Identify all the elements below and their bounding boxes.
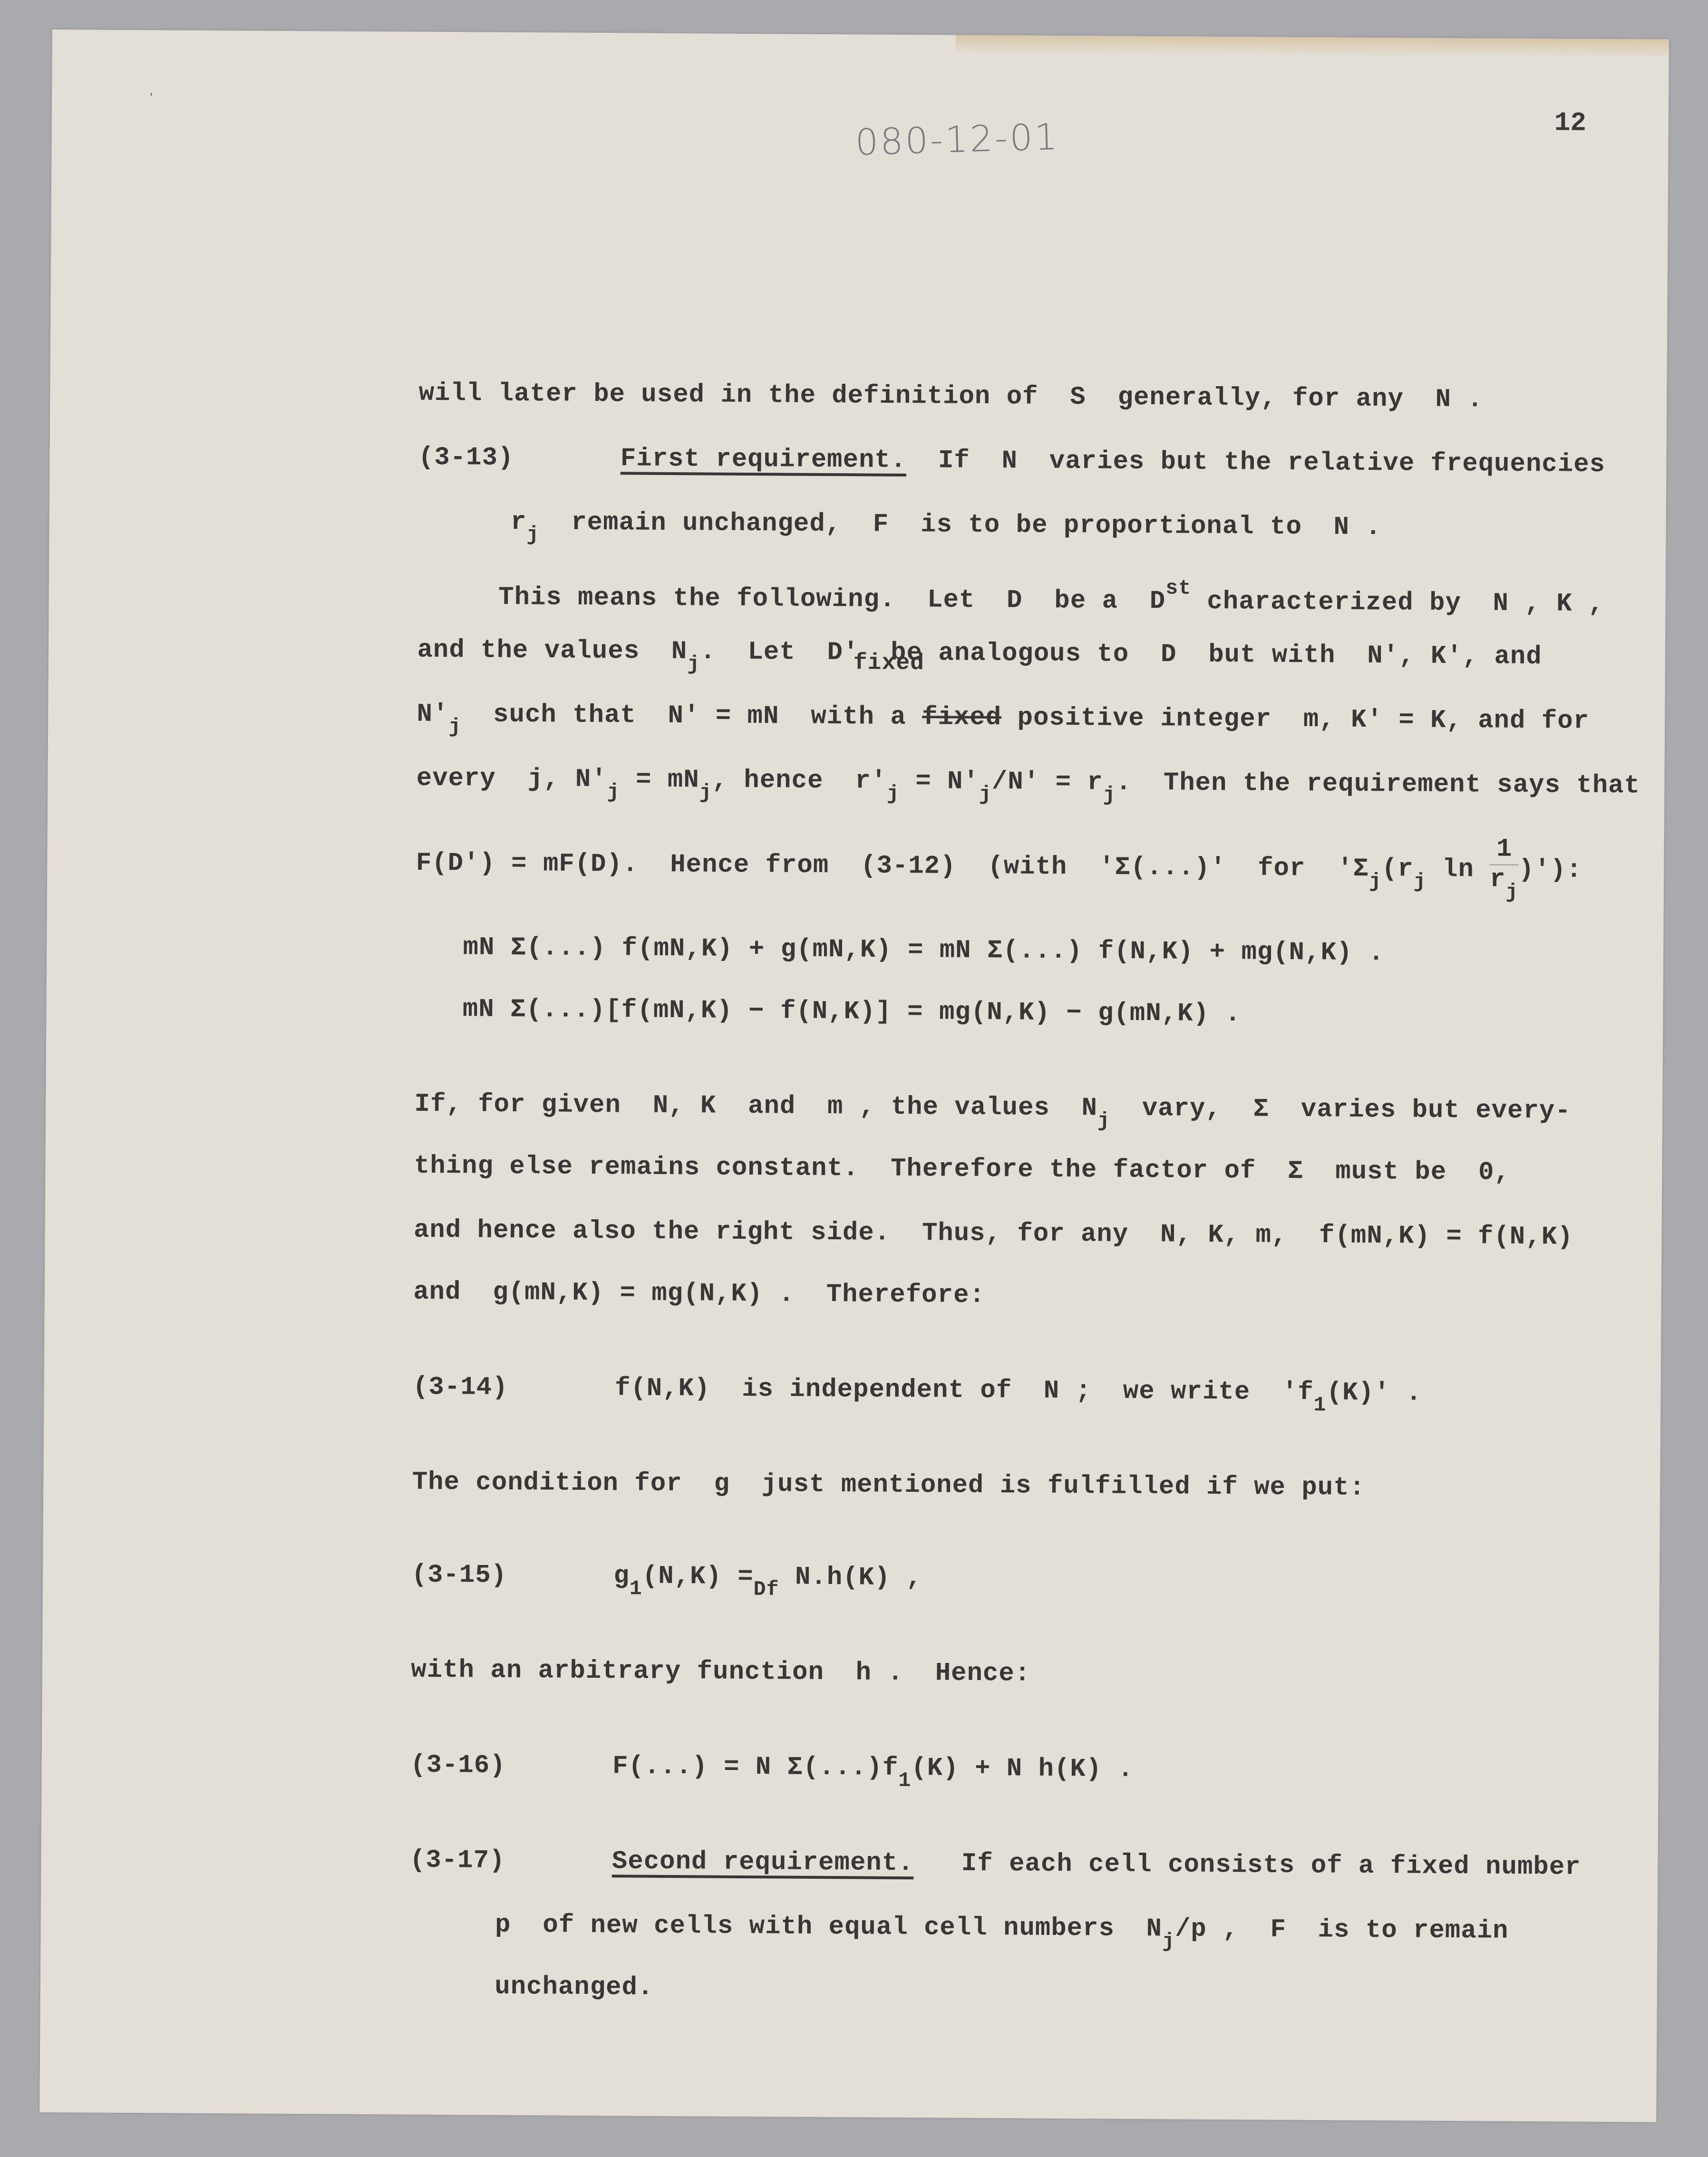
equation-line: mN Σ(...)[f(mN,K) − f(N,K)] = mg(N,K) − … [367, 971, 1241, 1053]
line-text: . Then the requirement says that [1116, 768, 1640, 801]
document-page: ʼ 080-12-01 12 will later be used in the… [39, 29, 1669, 2122]
subscript: j [687, 652, 700, 676]
line-text: will later be used in the definition of … [419, 379, 1483, 415]
line-text: (K)' . [1327, 1378, 1422, 1408]
line-text: and hence also the right side. Thus, for… [414, 1216, 1573, 1252]
equation-text: mN Σ(...) f(mN,K) + g(mN,K) = mN Σ(...) … [463, 933, 1384, 968]
text-line: unchanged. [399, 1948, 653, 2027]
statement-3-14: (3-14)f(N,K) is independent of N ; we wr… [317, 1348, 1422, 1441]
line-text: r [1490, 865, 1506, 894]
line-text: N.h(K) , [779, 1563, 922, 1593]
line-text: every j, N' [417, 764, 607, 794]
line-text: N' [417, 700, 448, 729]
subscript: j [1369, 870, 1382, 893]
line-text: positive integer m, K' = K, and for [1001, 703, 1589, 736]
archive-id: 080-12-01 [854, 115, 1060, 163]
subscript: j [699, 781, 712, 804]
fraction-denominator: rj [1490, 865, 1519, 903]
typewritten-body: will later be used in the definition of … [326, 31, 1610, 39]
subscript: j [1162, 1930, 1175, 1953]
subscript: 1 [898, 1769, 911, 1792]
line-text: vary, Σ varies but every- [1110, 1094, 1571, 1126]
line-text: g [613, 1562, 630, 1591]
text-line: The condition for g just mentioned is fu… [317, 1443, 1366, 1526]
line-text: = N' [900, 767, 979, 797]
line-text: The condition for g just mentioned is fu… [412, 1468, 1366, 1503]
line-text: characterized by N , K , [1191, 587, 1604, 619]
subscript: j [979, 783, 992, 806]
text-line: and g(mN,K) = mg(N,K) . Therefore: [318, 1253, 985, 1334]
line-text: (K) + N h(K) . [911, 1754, 1134, 1784]
subscript: j [1505, 880, 1518, 904]
page-number: 12 [1554, 107, 1587, 138]
subscript: j [448, 715, 461, 738]
line-text: This means the following. Let D be a D [498, 583, 1165, 616]
fraction: 1rj [1490, 837, 1519, 903]
section-heading: First requirement. [621, 444, 907, 475]
stray-pencil-mark: ʼ [147, 92, 155, 108]
line-text: ln [1426, 855, 1490, 884]
equation-number: (3-17) [410, 1848, 612, 1875]
superscript: st [1165, 576, 1191, 600]
line-text: . Let D' be analogous to D but with N', … [700, 637, 1542, 671]
line-text: and g(mN,K) = mg(N,K) . Therefore: [413, 1278, 985, 1310]
equation-number: (3-16) [410, 1753, 612, 1780]
line-text: , hence r' [712, 766, 887, 796]
subscript: j [526, 523, 539, 546]
subscript: Df [753, 1578, 779, 1601]
line-text: such that N' = mN with a [461, 700, 922, 732]
line-text: thing else remains constant. Therefore t… [414, 1152, 1510, 1187]
definition-3-15: (3-15)g1(N,K) =Df N.h(K) , [316, 1536, 922, 1626]
line-text: (N,K) = [642, 1562, 754, 1592]
subscript: 1 [1314, 1393, 1327, 1417]
line-text: )'): [1518, 855, 1582, 885]
equation-3-16: (3-16)F(...) = N Σ(...)f1(K) + N h(K) . [315, 1726, 1134, 1817]
subscript: j [1413, 870, 1426, 894]
section-heading: Second requirement. [612, 1847, 914, 1878]
fraction-numerator: 1 [1490, 837, 1519, 865]
line-text: F(...) = N Σ(...)f [612, 1752, 899, 1783]
equation-text: mN Σ(...)[f(mN,K) − f(N,K)] = mg(N,K) − … [463, 995, 1241, 1029]
text-line: with an arbitrary function h . Hence: [315, 1631, 1030, 1712]
line-text: p of new cells with equal cell numbers N [495, 1911, 1162, 1944]
line-text: with an arbitrary function h . Hence: [411, 1656, 1030, 1689]
equation-number: (3-15) [411, 1563, 613, 1590]
subscript: j [887, 782, 900, 806]
line-text: /p , F is to remain [1175, 1914, 1509, 1945]
line-text: If, for given N, K and m , the values N [414, 1090, 1097, 1123]
line-text: f(N,K) is independent of N ; we write 'f [615, 1374, 1314, 1407]
line-text: /N' = r [992, 768, 1103, 797]
struck-word: fixed [922, 703, 1001, 732]
line-text: F(D') = mF(D). Hence from (3-12) (with '… [416, 849, 1369, 884]
line-text: If N varies but the relative frequencies [906, 446, 1605, 479]
line-text: (r [1382, 855, 1414, 884]
line-text: r [511, 508, 527, 537]
line-text: remain unchanged, F is to be proportiona… [539, 508, 1381, 542]
interlinear-correction: fixed [854, 650, 924, 676]
subscript: 1 [630, 1577, 642, 1600]
equation-number: (3-14) [413, 1375, 615, 1402]
subscript: j [1097, 1109, 1110, 1132]
subscript: j [607, 780, 620, 804]
line-text: unchanged. [495, 1972, 653, 2002]
subscript: j [1103, 783, 1116, 806]
line-text: If each cell consists of a fixed number [913, 1849, 1581, 1882]
equation-number: (3-13) [418, 445, 621, 472]
line-text: and the values N [417, 636, 687, 666]
line-text: = mN [620, 765, 699, 795]
